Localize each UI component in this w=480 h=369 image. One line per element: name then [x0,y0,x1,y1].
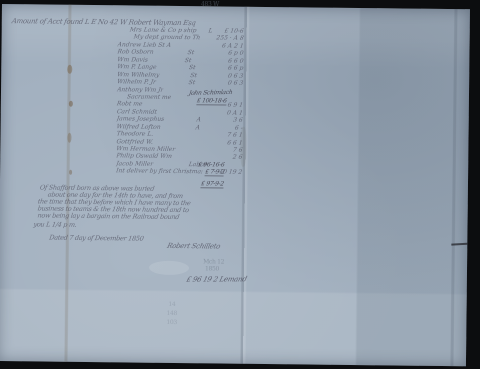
signature: Robert Schilleto [166,242,221,251]
entry-ditto: St [188,64,196,71]
entry-ditto: St [188,79,196,86]
paragraph-line: you L 1/4 p m. [33,220,77,228]
entry-ditto: St [190,72,198,79]
paper-smudge [149,261,189,275]
entry-name: Rob Osborn [117,49,154,57]
side-note-amount: £ 100-18-6 [196,97,227,105]
ink-stain [67,65,72,74]
ink-stain [67,133,71,143]
entry-ditto [202,154,203,161]
entry-amount: 0 6 3 [227,80,243,88]
scribble-line: 14 [167,300,178,309]
entry-ditto [190,139,191,146]
entry-ditto [184,101,185,108]
scanned-document-photo: Amount of Acct found L E No 42 W Robert … [0,0,480,369]
entry-amount: 255 · A 8 [216,35,244,43]
grand-total: £ 97-9-2 [200,180,224,188]
pencil-note-line: 1850 [205,265,219,272]
entry-ditto [208,35,209,42]
entry-amount: 6 9 1 [227,102,243,110]
stray-mark [451,243,467,245]
bottom-scribble: 14 148 103 [166,300,177,327]
entry-amount: 7 6 1 [227,132,243,140]
letter-paper: Amount of Acct found L E No 42 W Robert … [0,4,470,366]
entry-name: James Josephus [116,116,165,124]
subtotal-second: £ 7-9-2 [204,168,224,176]
ink-stain [69,170,72,175]
date-line: Dated 7 day of December 1850 [49,234,144,243]
side-note-name: John Schimlach [188,89,233,97]
scribble-line: 103 [166,318,177,327]
entry-amount: 6 6 p [227,65,243,73]
entry-amount: 6 p 0 [228,50,244,58]
entry-name: Wilhelm P. Jr [117,78,157,86]
paragraph-line: now being lay a bargain on the Railroad … [37,211,180,221]
entry-ditto [190,131,191,138]
entry-name: Wm P. Lange [117,64,157,72]
entry-name: Theodore L. [116,130,154,138]
entry-name: Int deliver by first Christmas [116,168,203,176]
entry-ditto: St [187,49,195,56]
entry-amount: 6 6 1 [227,139,243,147]
entry-amount: 2 6 [232,154,243,162]
top-edge-annotation: 483 W [201,1,219,8]
scribble-line: 148 [166,309,177,318]
ink-stain [69,101,73,107]
entry-amount [242,87,243,94]
amount-flourish: £ 96 19 2 Lemand [186,275,248,283]
entry-ditto: A [196,116,201,123]
entry-name: Robt me [116,101,143,109]
entry-amount: 3 6 [233,117,244,125]
